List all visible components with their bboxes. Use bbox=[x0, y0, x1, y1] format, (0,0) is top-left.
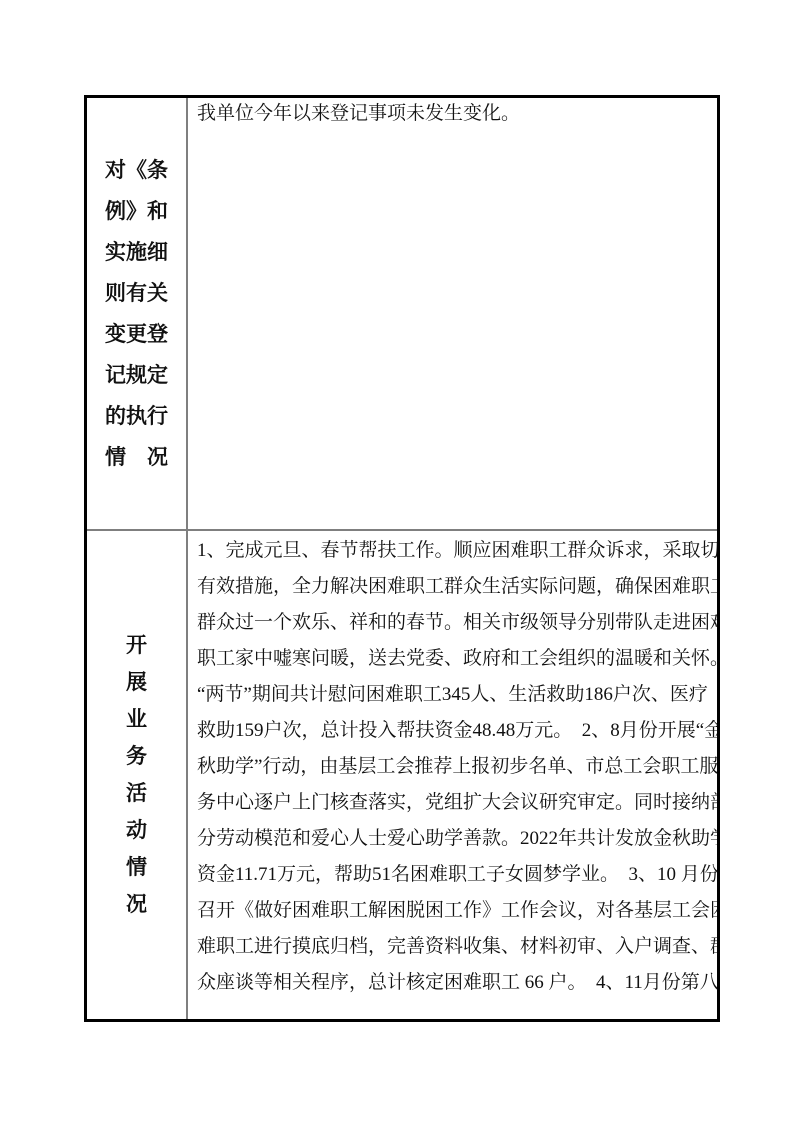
content-text-line: 难职工进行摸底归档，完善资料收集、材料初审、入户调查、群 bbox=[197, 929, 713, 965]
row-header-line: 例》和 bbox=[105, 191, 168, 232]
business-activities-content: 1、完成元旦、春节帮扶工作。顺应困难职工群众诉求，采取切实 有效措施，全力解决困… bbox=[188, 531, 717, 1019]
content-text-line: 务中心逐户上门核查落实，党组扩大会议研究审定。同时接纳部 bbox=[197, 785, 713, 821]
row-header-line: 变更登 bbox=[105, 314, 168, 355]
content-text-line: 1、完成元旦、春节帮扶工作。顺应困难职工群众诉求，采取切实 bbox=[197, 533, 713, 569]
content-text-line: 召开《做好困难职工解困脱困工作》工作会议，对各基层工会困 bbox=[197, 893, 713, 929]
content-text-line: 分劳动模范和爱心人士爱心助学善款。2022年共计发放金秋助学 bbox=[197, 821, 713, 857]
row-header-char: 动 bbox=[126, 812, 147, 849]
table-row-registration-compliance: 对《条 例》和 实施细 则有关 变更登 记规定 的执行 情 况 我单位今年以来登… bbox=[87, 98, 717, 531]
row-header-line: 则有关 bbox=[105, 273, 168, 314]
content-text-line: 群众过一个欢乐、祥和的春节。相关市级领导分别带队走进困难 bbox=[197, 605, 713, 641]
row-header-char: 展 bbox=[126, 664, 147, 701]
content-text-line: 职工家中嘘寒问暖，送去党委、政府和工会组织的温暖和关怀。 bbox=[197, 641, 713, 677]
content-text-line: 资金11.71万元，帮助51名困难职工子女圆梦学业。 3、10 月份 bbox=[197, 857, 713, 893]
content-text-line: 救助159户次，总计投入帮扶资金48.48万元。 2、8月份开展“金 bbox=[197, 713, 713, 749]
annual-report-table: 对《条 例》和 实施细 则有关 变更登 记规定 的执行 情 况 我单位今年以来登… bbox=[84, 95, 720, 1022]
row-header-char: 业 bbox=[126, 701, 147, 738]
row-header-char: 情 bbox=[126, 849, 147, 886]
row-header-line: 对《条 bbox=[105, 150, 168, 191]
row-header-line: 情 况 bbox=[105, 437, 168, 478]
row-header-business-activities: 开 展 业 务 活 动 情 况 bbox=[87, 531, 188, 1019]
document-page: 对《条 例》和 实施细 则有关 变更登 记规定 的执行 情 况 我单位今年以来登… bbox=[0, 0, 794, 1122]
row-header-line: 实施细 bbox=[105, 232, 168, 273]
row-header-line: 的执行 bbox=[105, 396, 168, 437]
table-row-business-activities: 开 展 业 务 活 动 情 况 1、完成元旦、春节帮扶工作。顺应困难职工群众诉求… bbox=[87, 531, 717, 1019]
row-header-char: 开 bbox=[126, 627, 147, 664]
content-text-line: “两节”期间共计慰问困难职工345人、生活救助186户次、医疗 bbox=[197, 677, 713, 713]
registration-compliance-content: 我单位今年以来登记事项未发生变化。 bbox=[188, 98, 717, 529]
content-text-line: 我单位今年以来登记事项未发生变化。 bbox=[197, 100, 713, 128]
row-header-line: 记规定 bbox=[105, 355, 168, 396]
content-text-line: 秋助学”行动，由基层工会推荐上报初步名单、市总工会职工服 bbox=[197, 749, 713, 785]
content-text-line: 众座谈等相关程序，总计核定困难职工 66 户。 4、11月份第八 bbox=[197, 965, 713, 1001]
row-header-char: 活 bbox=[126, 775, 147, 812]
row-header-registration-compliance: 对《条 例》和 实施细 则有关 变更登 记规定 的执行 情 况 bbox=[87, 98, 188, 529]
row-header-char: 务 bbox=[126, 738, 147, 775]
content-text-line: 有效措施，全力解决困难职工群众生活实际问题，确保困难职工 bbox=[197, 569, 713, 605]
row-header-char: 况 bbox=[126, 886, 147, 923]
